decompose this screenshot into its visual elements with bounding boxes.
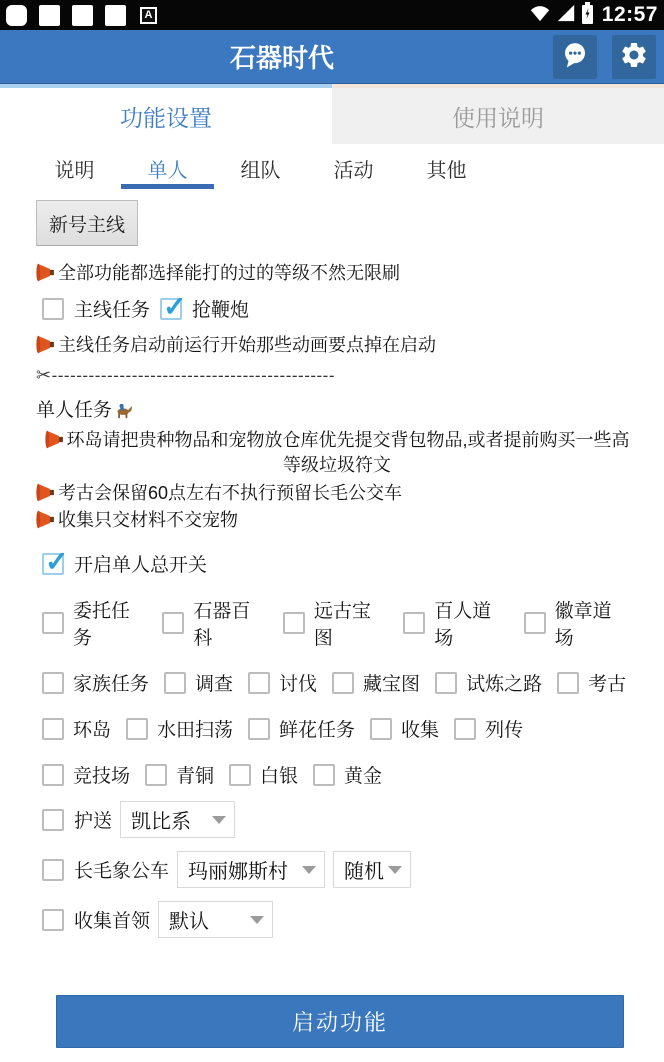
cellular-signal-icon <box>556 3 576 28</box>
checkbox-bronze[interactable]: 青铜 <box>145 761 214 788</box>
checkbox-icon <box>145 764 167 786</box>
megaphone-icon <box>36 334 57 355</box>
dashed-divider: ✂---------------------------------------… <box>36 365 644 386</box>
notice-line: 主线任务启动前运行开始那些动画要点掉在启动 <box>36 333 644 358</box>
checkbox-island-loop[interactable]: 环岛 <box>42 715 111 742</box>
subtab-activity[interactable]: 活动 <box>307 144 400 192</box>
subtab-instructions[interactable]: 说明 <box>28 144 121 192</box>
checkbox-icon <box>42 764 64 786</box>
collect-boss-select[interactable]: 默认 <box>158 901 273 938</box>
checkbox-icon <box>42 672 64 694</box>
chevron-down-icon <box>250 916 264 924</box>
notice-line: 环岛请把贵种物品和宠物放仓库优先提交背包物品,或者提前购买一些高等级垃圾符文 <box>36 428 638 478</box>
checkbox-icon <box>164 672 186 694</box>
checkbox-icon <box>332 672 354 694</box>
scissors-icon: ✂ <box>36 365 52 385</box>
mammoth-bus-row: 长毛象公车 玛丽娜斯村 随机 <box>42 851 644 888</box>
checkbox-icon <box>42 809 64 831</box>
battery-charging-icon <box>581 2 594 29</box>
checkbox-badge-dojo[interactable]: 徽章道场 <box>524 596 629 650</box>
collect-boss-row: 收集首领 默认 <box>42 901 644 938</box>
checkbox-stoneage-encyclopedia[interactable]: 石器百科 <box>162 596 267 650</box>
megaphone-icon <box>36 509 57 530</box>
bus-stop-select[interactable]: 玛丽娜斯村 <box>177 851 325 888</box>
chat-bubble-icon <box>560 40 590 73</box>
subtab-team[interactable]: 组队 <box>214 144 307 192</box>
bottom-action-area: 启动功能 <box>36 995 644 1062</box>
checkbox-commission-task[interactable]: 委托任务 <box>42 596 147 650</box>
checkbox-icon <box>42 718 64 740</box>
megaphone-icon <box>45 429 66 450</box>
main-tab-bar: 功能设置 使用说明 <box>0 84 664 144</box>
task-checkbox-row: 委托任务 石器百科 远古宝图 百人道场 徽章道场 <box>42 596 644 650</box>
escort-target-select[interactable]: 凯比系 <box>120 801 235 838</box>
gear-icon <box>619 40 649 73</box>
task-checkbox-row: 环岛 水田扫荡 鲜花任务 收集 列传 <box>42 715 644 742</box>
notice-line: 全部功能都选择能打的过的等级不然无限刷 <box>36 261 644 286</box>
checkbox-icon <box>42 909 64 931</box>
content-panel: 新号主线 全部功能都选择能打的过的等级不然无限刷 主线任务 抢鞭炮 主线任务启动… <box>0 192 664 1062</box>
checkbox-escort[interactable]: 护送 <box>42 806 112 833</box>
checkbox-icon <box>42 298 64 320</box>
checkbox-trial-road[interactable]: 试炼之路 <box>435 669 542 696</box>
subtab-solo[interactable]: 单人 <box>121 144 214 192</box>
tab-function-settings[interactable]: 功能设置 <box>0 84 332 144</box>
checkbox-flower-task[interactable]: 鲜花任务 <box>248 715 355 742</box>
solo-task-section-title: 单人任务 <box>36 395 644 422</box>
checkbox-hundred-dojo[interactable]: 百人道场 <box>403 596 508 650</box>
megaphone-icon <box>36 262 57 283</box>
escort-row: 护送 凯比系 <box>42 801 644 838</box>
checkbox-collect-boss[interactable]: 收集首领 <box>42 906 150 933</box>
checkbox-silver[interactable]: 白银 <box>229 761 298 788</box>
notice-line: 考古会保留60点左右不执行预留长毛公交车 <box>36 481 644 506</box>
checkbox-icon <box>435 672 457 694</box>
checkbox-mainline-task[interactable]: 主线任务 <box>42 295 150 322</box>
checkbox-icon <box>283 612 305 634</box>
sub-tab-bar: 说明 单人 组队 活动 其他 <box>0 144 664 192</box>
checkbox-grab-firecracker[interactable]: 抢鞭炮 <box>160 295 249 322</box>
checkbox-biography[interactable]: 列传 <box>454 715 523 742</box>
checkbox-checked-icon <box>42 553 64 575</box>
checkbox-icon <box>557 672 579 694</box>
start-function-button[interactable]: 启动功能 <box>56 995 624 1048</box>
chevron-down-icon <box>388 866 402 874</box>
notification-icon <box>39 5 60 26</box>
checkbox-icon <box>403 612 425 634</box>
checkbox-icon <box>42 859 64 881</box>
checkbox-icon <box>229 764 251 786</box>
page-title: 石器时代 <box>0 38 564 75</box>
checkbox-treasure-map[interactable]: 藏宝图 <box>332 669 420 696</box>
checkbox-investigate[interactable]: 调查 <box>164 669 233 696</box>
subtab-other[interactable]: 其他 <box>400 144 493 192</box>
task-checkbox-row: 竞技场 青铜 白银 黄金 <box>42 761 644 788</box>
megaphone-icon <box>36 482 57 503</box>
checkbox-icon <box>248 672 270 694</box>
checkbox-ancient-treasure-map[interactable]: 远古宝图 <box>283 596 388 650</box>
status-bar: A 12:57 <box>0 0 664 30</box>
task-checkbox-row: 家族任务 调查 讨伐 藏宝图 试炼之路 考古 <box>42 669 644 696</box>
checkbox-icon <box>162 612 184 634</box>
app-bar: 石器时代 <box>0 30 664 84</box>
checkbox-paddy-sweep[interactable]: 水田扫荡 <box>126 715 233 742</box>
checkbox-collect[interactable]: 收集 <box>370 715 439 742</box>
checkbox-icon <box>454 718 476 740</box>
chevron-down-icon <box>302 866 316 874</box>
checkbox-icon <box>313 764 335 786</box>
new-account-mainline-button[interactable]: 新号主线 <box>36 200 138 246</box>
notification-icon <box>105 5 126 26</box>
checkbox-archaeology[interactable]: 考古 <box>557 669 626 696</box>
wifi-icon <box>529 3 551 28</box>
master-switch-row: 开启单人总开关 <box>42 550 644 577</box>
checkbox-icon <box>524 612 546 634</box>
clock: 12:57 <box>602 3 658 27</box>
tab-usage-instructions[interactable]: 使用说明 <box>332 84 664 144</box>
chevron-down-icon <box>212 816 226 824</box>
checkbox-icon <box>370 718 392 740</box>
bus-mode-select[interactable]: 随机 <box>333 851 411 888</box>
checkbox-checked-icon <box>160 298 182 320</box>
checkbox-icon <box>126 718 148 740</box>
checkbox-gold[interactable]: 黄金 <box>313 761 382 788</box>
checkbox-icon <box>248 718 270 740</box>
notification-icon <box>6 5 27 26</box>
settings-button[interactable] <box>612 35 656 79</box>
checkbox-arena[interactable]: 竞技场 <box>42 761 130 788</box>
checkbox-mammoth-bus[interactable]: 长毛象公车 <box>42 856 169 883</box>
horse-racing-icon <box>114 401 134 419</box>
notification-icon <box>72 5 93 26</box>
mainline-checkbox-row: 主线任务 抢鞭炮 <box>42 295 644 322</box>
checkbox-icon <box>42 612 64 634</box>
checkbox-crusade[interactable]: 讨伐 <box>248 669 317 696</box>
checkbox-family-task[interactable]: 家族任务 <box>42 669 149 696</box>
letter-a-badge-icon: A <box>140 7 157 24</box>
notice-line: 收集只交材料不交宠物 <box>36 508 644 533</box>
checkbox-solo-master-switch[interactable]: 开启单人总开关 <box>42 550 207 577</box>
